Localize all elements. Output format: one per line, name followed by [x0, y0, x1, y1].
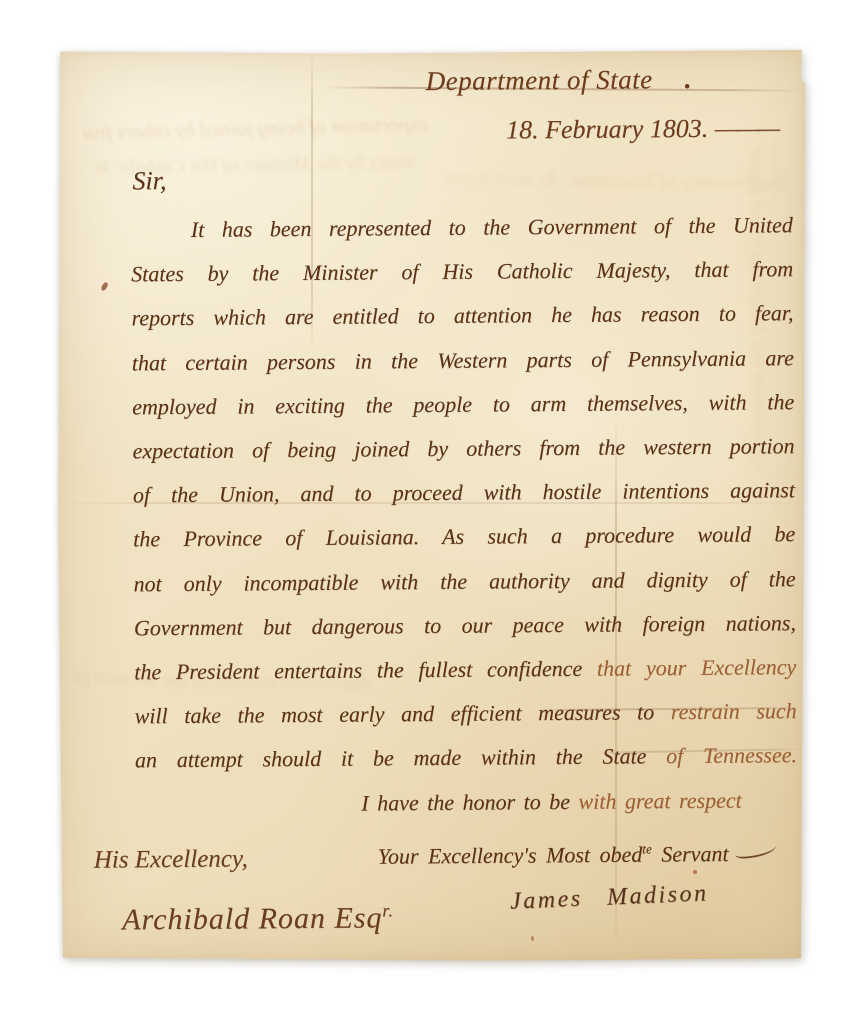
- ink-dot: .: [685, 64, 692, 94]
- manuscript-line: employed in exciting the people to arm t…: [132, 380, 794, 429]
- letterhead-date-text: 18. February 1803.: [506, 114, 708, 145]
- manuscript-line: reports which are entitled to attention …: [131, 292, 793, 341]
- superscript-r: r.: [382, 900, 394, 920]
- manuscript-line: Government but dangerous to our peace wi…: [134, 601, 796, 650]
- address-his-excellency: His Excellency,: [94, 845, 248, 874]
- manuscript-line: an attempt should it be made within the …: [135, 734, 797, 783]
- letter-paper: expectation of being joined by others fr…: [57, 50, 805, 961]
- photo-background: expectation of being joined by others fr…: [0, 0, 860, 1024]
- pen-dash: ———: [715, 113, 779, 142]
- manuscript-line: that certain persons in the Western part…: [132, 336, 794, 385]
- manuscript-line: the Province of Louisiana. As such a pro…: [133, 513, 795, 562]
- manuscript-line: States by the Minister of His Catholic M…: [131, 247, 793, 296]
- manuscript-line: the President entertains the fullest con…: [134, 645, 796, 694]
- manuscript-line: will take the most early and efficient m…: [134, 689, 796, 738]
- letterhead-office-text: Department of State: [426, 64, 653, 96]
- superscript-te: te: [642, 841, 652, 856]
- letterhead-office: Department of State.: [426, 64, 692, 97]
- closing-line-honor: I have the honor to be with great respec…: [361, 778, 797, 826]
- salutation: Sir,: [132, 166, 166, 196]
- pen-flourish: [734, 840, 777, 860]
- letterhead-date: 18. February 1803. ———: [506, 113, 778, 145]
- closing-line-obedient-servant: Your Excellency's Most obedte Servant: [378, 826, 798, 879]
- manuscript-line: expectation of being joined by others fr…: [132, 424, 794, 473]
- manuscript-line: It has been represented to the Governmen…: [131, 203, 793, 252]
- letter-content: Department of State. 18. February 1803. …: [53, 47, 808, 964]
- letter-sheet: expectation of being joined by others fr…: [57, 50, 805, 961]
- letter-body: It has been represented to the Governmen…: [131, 203, 798, 881]
- address-archibald-roan: Archibald Roan Esqr.: [122, 900, 394, 937]
- manuscript-line: of the Union, and to proceed with hostil…: [133, 468, 795, 517]
- signature-james-madison: James Madison: [510, 880, 709, 915]
- manuscript-line: not only incompatible with the authority…: [133, 557, 795, 606]
